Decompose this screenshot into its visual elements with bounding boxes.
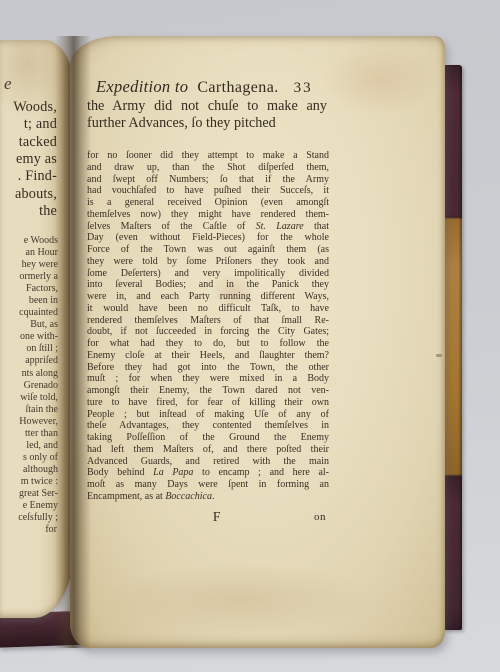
text-line: further Advances, ſo they pitched <box>87 115 327 132</box>
text-line: although <box>0 464 58 476</box>
text-line: e Enemy <box>0 500 58 512</box>
text-line: moſt as many Days were ſpent in forming … <box>87 479 329 491</box>
text-line: Body behind La Papa to encamp ; and here… <box>87 467 329 479</box>
left-page: e Woods,t; andtackedemy as. Find-abouts,… <box>0 40 74 618</box>
paper-stain <box>106 564 376 634</box>
text-line: rendered themſelves Maſters of that ſmal… <box>87 315 329 327</box>
text-line: and draw up, than the Shot diſperſed the… <box>87 162 329 174</box>
text-line: hey were <box>0 259 58 271</box>
text-line: had left them Maſters of, and there poſt… <box>87 444 329 456</box>
text-line: theſe Advantages, they contented themſel… <box>87 420 329 432</box>
left-page-header-fragment: e <box>4 74 12 94</box>
text-line: Advanced Guards, and retired with the ma… <box>87 456 329 468</box>
page-number: 33 <box>294 80 313 96</box>
left-page-small-text: e Woodsan Hourhey wereormerly aFactors,b… <box>0 235 58 524</box>
left-page-catchword: for <box>0 524 57 535</box>
text-line: muſt ; for when they were mixed in a Bod… <box>87 373 329 385</box>
book-photo-scene: e Woods,t; andtackedemy as. Find-abouts,… <box>0 0 500 672</box>
text-line: e Woods <box>0 235 58 247</box>
text-line: been in <box>0 295 58 307</box>
text-line: ſtain the <box>0 404 58 416</box>
text-line: cquainted <box>0 307 58 319</box>
text-line: But, as <box>0 319 58 331</box>
catchword: on <box>314 511 326 523</box>
text-line: Enemy cloſe at their Heels, and ſlaughte… <box>87 350 329 362</box>
text-line: the <box>0 203 57 220</box>
text-line: they were told by ſome Priſoners they to… <box>87 256 329 268</box>
text-line: had vouchſafed to have puſhed their Succ… <box>87 185 329 197</box>
text-line: emy as <box>0 151 57 168</box>
text-line: tacked <box>0 134 57 151</box>
text-line: wiſe told, <box>0 392 58 404</box>
text-line: is a general received Opinion (even amon… <box>87 197 329 209</box>
text-line: m twice : <box>0 476 58 488</box>
text-line: and ſwept off Numbers; ſo that if the Ar… <box>87 174 329 186</box>
text-line: taking Poſſeſſion of the Ground the Enem… <box>87 432 329 444</box>
text-line: the Army did not chuſe to make any <box>87 98 327 115</box>
text-line: ormerly a <box>0 271 58 283</box>
text-line: were in, and each Party running differen… <box>87 291 329 303</box>
book-cover-fore-edge <box>443 65 462 630</box>
text-line: into ſeveral Bodies; and in the Panick t… <box>87 279 329 291</box>
text-line: themſelves now) they might have rendered… <box>87 209 329 221</box>
text-line: People ; but inſtead of making Uſe of an… <box>87 409 329 421</box>
page-edge-nick <box>436 354 442 357</box>
text-line: ſome Deſerters) and very impolitically d… <box>87 268 329 280</box>
text-line: led, and <box>0 440 58 452</box>
text-line: on ſtill ; <box>0 343 58 355</box>
text-line: amongſt their Enemy, the Town dared not … <box>87 385 329 397</box>
text-line: Encampment, as at Boccachica. <box>87 491 329 503</box>
left-page-large-text: Woods,t; andtackedemy as. Find-abouts,th… <box>0 99 57 220</box>
signature-row: F on <box>87 509 329 525</box>
text-line: Day (even without Field-Pieces) for the … <box>87 232 329 244</box>
text-line: Force of the Town was out againſt them (… <box>87 244 329 256</box>
text-line: abouts, <box>0 186 57 203</box>
text-line: doubt, if not ſucceeded in forcing the C… <box>87 326 329 338</box>
text-line: Woods, <box>0 99 57 116</box>
text-line: ture to have fired, for fear of killing … <box>87 397 329 409</box>
text-line: great Ser- <box>0 488 58 500</box>
text-line: Grenado <box>0 380 58 392</box>
text-line: t; and <box>0 116 57 133</box>
text-line: However, <box>0 416 58 428</box>
text-line: tter than <box>0 428 58 440</box>
signature-mark: F <box>213 509 221 525</box>
text-line: Before they had got into the Town, the o… <box>87 362 329 374</box>
text-line: appriſed <box>0 355 58 367</box>
text-line: s only of <box>0 452 58 464</box>
right-page: Expedition to Carthagena. 33 the Army di… <box>70 36 445 648</box>
text-line: . Find- <box>0 168 57 185</box>
text-line: for what had they to do, but to follow t… <box>87 338 329 350</box>
running-header: Expedition to Carthagena. 33 <box>96 77 332 97</box>
main-text-block: the Army did not chuſe to make anyfurthe… <box>87 98 327 133</box>
text-line: it would have been no difficult Taſk, to… <box>87 303 329 315</box>
text-line: one with- <box>0 331 58 343</box>
body-paragraph: for no ſooner did they attempt to make a… <box>87 150 329 503</box>
text-line: Factors, <box>0 283 58 295</box>
paper-foxing-stain <box>320 42 440 116</box>
text-line: ſelves Maſters of the Caſtle of St. Laza… <box>87 221 329 233</box>
text-line: an Hour <box>0 247 58 259</box>
text-line: nts along <box>0 368 58 380</box>
text-line: ceſsfully ; <box>0 512 58 524</box>
text-line: for no ſooner did they attempt to make a… <box>87 150 329 162</box>
running-header-italic: Expedition to <box>96 77 188 96</box>
running-header-roman: Carthagena. <box>197 79 278 96</box>
